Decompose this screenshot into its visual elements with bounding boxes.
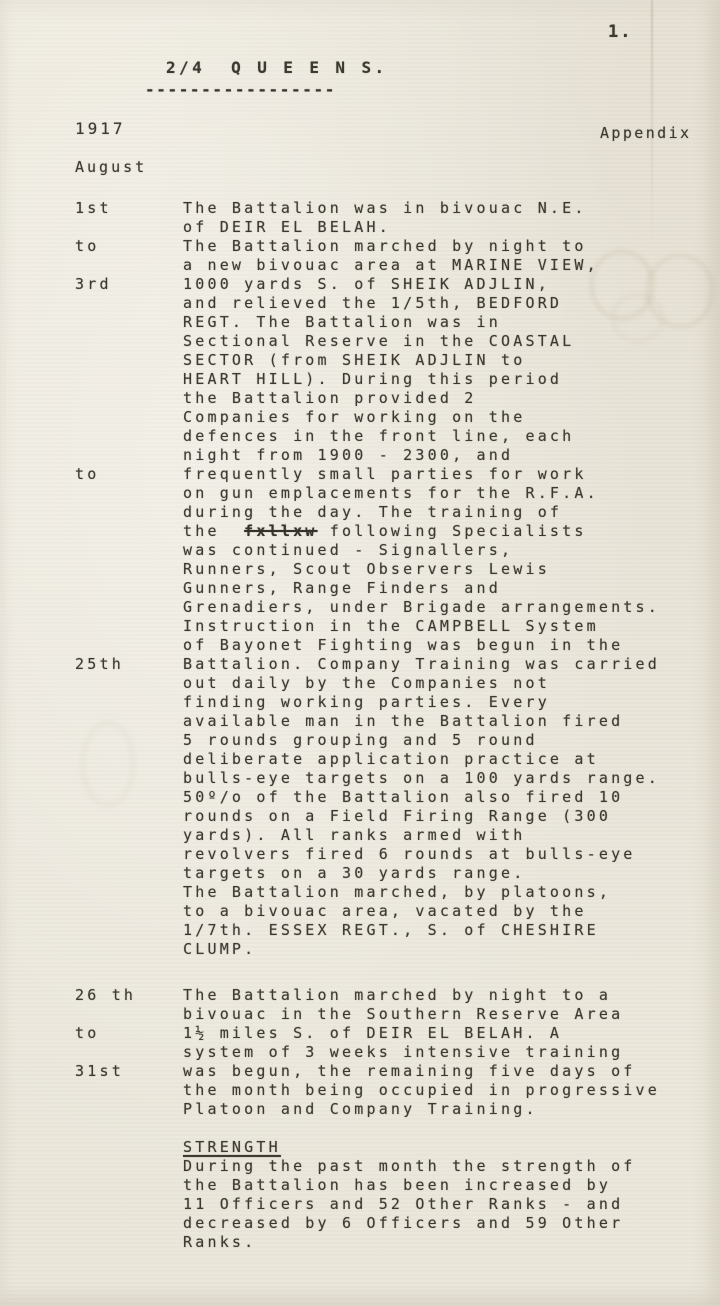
diary-line: on gun emplacements for the R.F.A. (0, 484, 720, 503)
line-text: rounds on a Field Firing Range (300 (183, 807, 611, 826)
date-label (0, 218, 183, 237)
diary-line: was continued - Signallers, (0, 541, 720, 560)
line-text: was continued - Signallers, (183, 541, 513, 560)
line-text: Grenadiers, under Brigade arrangements. (183, 598, 660, 617)
line-text: The Battalion was in bivouac N.E. (183, 199, 587, 218)
diary-line: a new bivouac area at MARINE VIEW, (0, 256, 720, 275)
line-text: Battalion. Company Training was carried (183, 655, 660, 674)
line-text: HEART HILL). During this period (183, 370, 562, 389)
line-text: defences in the front line, each (183, 427, 574, 446)
diary-line: Runners, Scout Observers Lewis (0, 560, 720, 579)
diary-line: the fxllxw following Specialists (0, 522, 720, 541)
date-label (0, 541, 183, 560)
diary-line: of DEIR EL BELAH. (0, 218, 720, 237)
line-text: Gunners, Range Finders and (183, 579, 501, 598)
date-label: to (0, 1024, 183, 1043)
diary-line: system of 3 weeks intensive training (0, 1043, 720, 1062)
date-label (0, 731, 183, 750)
date-label (0, 1214, 183, 1233)
diary-block: 26 thThe Battalion marched by night to a… (0, 986, 720, 1119)
diary-line: Platoon and Company Training. (0, 1100, 720, 1119)
date-label (0, 370, 183, 389)
diary-page: 1. 2/4 Q U E E N S. ----------------- 19… (0, 0, 720, 1306)
line-text: the Battalion provided 2 (183, 389, 477, 408)
date-label (0, 522, 183, 541)
diary-line: 5 rounds grouping and 5 round (0, 731, 720, 750)
line-text: The Battalion marched by night to a (183, 986, 611, 1005)
line-text: 1½ miles S. of DEIR EL BELAH. A (183, 1024, 562, 1043)
struck-word: fxllxw (244, 522, 317, 540)
date-label (0, 427, 183, 446)
date-label: 3rd (0, 275, 183, 294)
date-label (0, 503, 183, 522)
diary-line: REGT. The Battalion was in (0, 313, 720, 332)
date-label (0, 294, 183, 313)
month-label: August (75, 158, 147, 176)
date-label (0, 769, 183, 788)
date-label (0, 579, 183, 598)
date-label (0, 750, 183, 769)
diary-line: 25thBattalion. Company Training was carr… (0, 655, 720, 674)
date-label (0, 712, 183, 731)
diary-body: 1stThe Battalion was in bivouac N.E.of D… (0, 199, 720, 1252)
date-label (0, 864, 183, 883)
diary-line: decreased by 6 Officers and 59 Other (0, 1214, 720, 1233)
diary-line: defences in the front line, each (0, 427, 720, 446)
diary-line: deliberate application practice at (0, 750, 720, 769)
diary-block: 1stThe Battalion was in bivouac N.E.of D… (0, 199, 720, 959)
line-text: during the day. The training of (183, 503, 562, 522)
diary-line: the Battalion has been increased by (0, 1176, 720, 1195)
date-label (0, 826, 183, 845)
diary-line: 11 Officers and 52 Other Ranks - and (0, 1195, 720, 1214)
diary-line: rounds on a Field Firing Range (300 (0, 807, 720, 826)
diary-line: yards). All ranks armed with (0, 826, 720, 845)
diary-line: Companies for working on the (0, 408, 720, 427)
date-label (0, 807, 183, 826)
line-text: of DEIR EL BELAH. (183, 218, 391, 237)
appendix-label: Appendix (600, 124, 691, 142)
diary-line: HEART HILL). During this period (0, 370, 720, 389)
line-text: was begun, the remaining five days of (183, 1062, 636, 1081)
line-text: decreased by 6 Officers and 59 Other (183, 1214, 623, 1233)
date-label (0, 845, 183, 864)
line-text: deliberate application practice at (183, 750, 599, 769)
line-text: Instruction in the CAMPBELL System (183, 617, 599, 636)
date-label (0, 902, 183, 921)
diary-line: of Bayonet Fighting was begun in the (0, 636, 720, 655)
line-text: the month being occupied in progressive (183, 1081, 660, 1100)
date-label (0, 1233, 183, 1252)
date-label (0, 389, 183, 408)
line-text: to a bivouac area, vacated by the (183, 902, 587, 921)
diary-line: 3rd1000 yards S. of SHEIK ADJLIN, (0, 275, 720, 294)
date-label (0, 1100, 183, 1119)
line-text: 1000 yards S. of SHEIK ADJLIN, (183, 275, 550, 294)
text-segment: the (183, 522, 244, 540)
diary-line: CLUMP. (0, 940, 720, 959)
date-label (0, 940, 183, 959)
date-label (0, 788, 183, 807)
diary-line: revolvers fired 6 rounds at bulls-eye (0, 845, 720, 864)
diary-line: out daily by the Companies not (0, 674, 720, 693)
diary-line: 50º/o of the Battalion also fired 10 (0, 788, 720, 807)
line-text: Sectional Reserve in the COASTAL (183, 332, 574, 351)
line-text: 50º/o of the Battalion also fired 10 (183, 788, 623, 807)
line-text: night from 1900 - 2300, and (183, 446, 513, 465)
date-label (0, 484, 183, 503)
date-label (0, 598, 183, 617)
line-text: The Battalion marched, by platoons, (183, 883, 611, 902)
line-text: bulls-eye targets on a 100 yards range. (183, 769, 660, 788)
year-label: 1917 (75, 119, 126, 138)
line-text: During the past month the strength of (183, 1157, 636, 1176)
diary-line: Grenadiers, under Brigade arrangements. (0, 598, 720, 617)
diary-line: 26 thThe Battalion marched by night to a (0, 986, 720, 1005)
date-label (0, 313, 183, 332)
date-label (0, 1043, 183, 1062)
diary-line: 31stwas begun, the remaining five days o… (0, 1062, 720, 1081)
date-label: to (0, 237, 183, 256)
diary-line: 1/7th. ESSEX REGT., S. of CHESHIRE (0, 921, 720, 940)
diary-line: tofrequently small parties for work (0, 465, 720, 484)
date-label: 1st (0, 199, 183, 218)
diary-line: Instruction in the CAMPBELL System (0, 617, 720, 636)
date-label (0, 1138, 183, 1157)
diary-line: during the day. The training of (0, 503, 720, 522)
date-label: 31st (0, 1062, 183, 1081)
diary-line: STRENGTH (0, 1138, 720, 1157)
line-text: finding working parties. Every (183, 693, 550, 712)
date-label (0, 1176, 183, 1195)
line-text: and relieved the 1/5th, BEDFORD (183, 294, 562, 313)
date-label (0, 1195, 183, 1214)
date-label (0, 1005, 183, 1024)
line-text: system of 3 weeks intensive training (183, 1043, 623, 1062)
text-segment: following Specialists (318, 522, 587, 540)
line-text: Companies for working on the (183, 408, 525, 427)
diary-line: finding working parties. Every (0, 693, 720, 712)
date-label (0, 446, 183, 465)
line-text: a new bivouac area at MARINE VIEW, (183, 256, 599, 275)
line-text: 5 rounds grouping and 5 round (183, 731, 538, 750)
diary-line: and relieved the 1/5th, BEDFORD (0, 294, 720, 313)
date-label (0, 921, 183, 940)
diary-line: the month being occupied in progressive (0, 1081, 720, 1100)
line-text: STRENGTH (183, 1138, 281, 1157)
date-label: 26 th (0, 986, 183, 1005)
date-label (0, 332, 183, 351)
line-text: yards). All ranks armed with (183, 826, 525, 845)
diary-block: STRENGTHDuring the past month the streng… (0, 1138, 720, 1252)
diary-line: Gunners, Range Finders and (0, 579, 720, 598)
line-text: targets on a 30 yards range. (183, 864, 525, 883)
line-text: the fxllxw following Specialists (183, 522, 587, 541)
date-label (0, 408, 183, 427)
date-label (0, 674, 183, 693)
date-label (0, 617, 183, 636)
diary-line: Ranks. (0, 1233, 720, 1252)
line-text: 1/7th. ESSEX REGT., S. of CHESHIRE (183, 921, 599, 940)
date-label (0, 560, 183, 579)
diary-line: available man in the Battalion fired (0, 712, 720, 731)
line-text: Ranks. (183, 1233, 256, 1252)
line-text: REGT. The Battalion was in (183, 313, 501, 332)
date-label (0, 636, 183, 655)
date-label (0, 1081, 183, 1100)
diary-line: the Battalion provided 2 (0, 389, 720, 408)
diary-line: Sectional Reserve in the COASTAL (0, 332, 720, 351)
line-text: revolvers fired 6 rounds at bulls-eye (183, 845, 636, 864)
diary-line: toThe Battalion marched by night to (0, 237, 720, 256)
line-text: Platoon and Company Training. (183, 1100, 538, 1119)
diary-line: SECTOR (from SHEIK ADJLIN to (0, 351, 720, 370)
diary-line: bulls-eye targets on a 100 yards range. (0, 769, 720, 788)
diary-line: 1stThe Battalion was in bivouac N.E. (0, 199, 720, 218)
diary-line: night from 1900 - 2300, and (0, 446, 720, 465)
line-text: out daily by the Companies not (183, 674, 550, 693)
date-label (0, 256, 183, 275)
date-label: to (0, 465, 183, 484)
diary-line: to1½ miles S. of DEIR EL BELAH. A (0, 1024, 720, 1043)
diary-line: bivouac in the Southern Reserve Area (0, 1005, 720, 1024)
line-text: SECTOR (from SHEIK ADJLIN to (183, 351, 525, 370)
line-text: The Battalion marched by night to (183, 237, 587, 256)
diary-line: During the past month the strength of (0, 1157, 720, 1176)
diary-line: targets on a 30 yards range. (0, 864, 720, 883)
date-label: 25th (0, 655, 183, 674)
line-text: on gun emplacements for the R.F.A. (183, 484, 599, 503)
date-label (0, 1157, 183, 1176)
line-text: available man in the Battalion fired (183, 712, 623, 731)
line-text: Runners, Scout Observers Lewis (183, 560, 550, 579)
line-text: bivouac in the Southern Reserve Area (183, 1005, 623, 1024)
document-title: 2/4 Q U E E N S. (166, 58, 388, 77)
line-text: of Bayonet Fighting was begun in the (183, 636, 623, 655)
line-text: CLUMP. (183, 940, 256, 959)
line-text: the Battalion has been increased by (183, 1176, 611, 1195)
date-label (0, 351, 183, 370)
diary-line: to a bivouac area, vacated by the (0, 902, 720, 921)
diary-line: The Battalion marched, by platoons, (0, 883, 720, 902)
date-label (0, 883, 183, 902)
date-label (0, 693, 183, 712)
title-underline: ----------------- (145, 80, 336, 99)
page-number: 1. (608, 22, 632, 42)
line-text: frequently small parties for work (183, 465, 587, 484)
line-text: 11 Officers and 52 Other Ranks - and (183, 1195, 623, 1214)
